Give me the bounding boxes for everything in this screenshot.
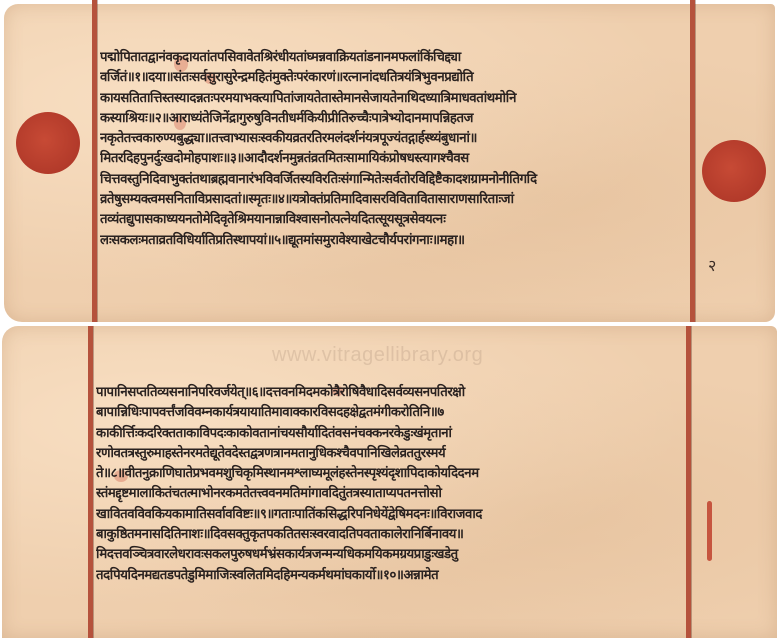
manuscript-folio-bottom: www.vitragellibrary.org पापानिसप्ततिव्यस… (2, 326, 777, 638)
right-red-seal-circle (702, 140, 766, 202)
text-line: लःसकलःमताव्रतविधिर्यातिप्रतिस्थापयां॥५॥द… (100, 231, 688, 251)
text-line: मितरदिहपुनर्दुःखदोमोहपाशः॥३॥आदौदर्शनमुन्… (100, 149, 688, 169)
text-line: ते॥८॥वीतनुक्राणिघातेप्रभवमशुचिकृमिस्थानम… (96, 464, 686, 484)
right-margin-rule (690, 0, 695, 322)
left-red-seal-circle (16, 112, 80, 174)
text-line: तव्यंतद्युपासकाध्ययनतोमेदिवृतेश्रिमयानान… (100, 210, 688, 230)
text-line: खावितवविवकियकामातिसर्वावविष्टः॥९॥गताःपात… (96, 505, 686, 525)
right-margin-rule (686, 326, 691, 638)
left-margin-rule (88, 326, 93, 638)
left-margin-rule (92, 0, 97, 322)
text-line: व्रतेषुसम्यक्त्वमसनिताविप्रसादतां॥स्मृतः… (100, 190, 688, 210)
text-line: कायसतितात्तिस्तस्यादन्नतःपरमयाभक्त्यापित… (100, 89, 688, 109)
text-line: स्तंमद्दृष्टमालाकितंचतत्माभोनरकमतेतत्त्व… (96, 484, 686, 504)
manuscript-folio-top: पद्मोपितातद्वानंवकृदायतांतपसिवावेतश्रिरं… (4, 4, 775, 322)
text-line: बाकुष्ठितमनासदितिनाशः॥दिवसक्तुकृतपकतितसः… (96, 525, 686, 545)
text-line: वर्जितं॥१॥दया॥संतःसर्वसुरासुरेन्द्रमहितं… (100, 68, 688, 88)
text-line: रणोवतत्रस्तुरुमाहस्तेनरमतेद्यूतेवदेस्तद्… (96, 444, 686, 464)
folio-top-text: पद्मोपितातद्वानंवकृदायतांतपसिवावेतश्रिरं… (100, 48, 688, 251)
text-line: तदपियदिनमद्यतडपतेडुमिमाजिःस्वलितमिदहिमन्… (96, 566, 686, 586)
folio-bottom-text: पापानिसप्ततिव्यसनानिपरिवर्जयेत्॥६॥दत्तवन… (96, 383, 686, 586)
text-line: बापान्निधिःपापवर्त्तंजविवम्नकार्यत्रयाया… (96, 403, 686, 423)
text-line: चित्तवस्तुनिदिवाभुक्तंतथाब्रह्मवानारंभवि… (100, 170, 688, 190)
red-ink-streak (707, 501, 712, 561)
page-number: २ (708, 254, 716, 276)
text-line: पद्मोपितातद्वानंवकृदायतांतपसिवावेतश्रिरं… (100, 48, 688, 68)
text-line: पापानिसप्ततिव्यसनानिपरिवर्जयेत्॥६॥दत्तवन… (96, 383, 686, 403)
text-line: मिदत्तवञ्चित्रवारलेधरावःसकलपुरुषधर्मभ्रं… (96, 545, 686, 565)
watermark: www.vitragellibrary.org (272, 344, 483, 367)
text-line: कस्याश्रियः॥२॥आराध्यंतेजिनेंद्रागुरुषुवि… (100, 109, 688, 129)
text-line: काकीर्त्तिःकदरिक्तताकाविपदःकाकोवतानांचयस… (96, 424, 686, 444)
text-line: नकृतेतत्त्वकारुण्यबुद्ध्या॥तत्त्वाभ्यासः… (100, 129, 688, 149)
